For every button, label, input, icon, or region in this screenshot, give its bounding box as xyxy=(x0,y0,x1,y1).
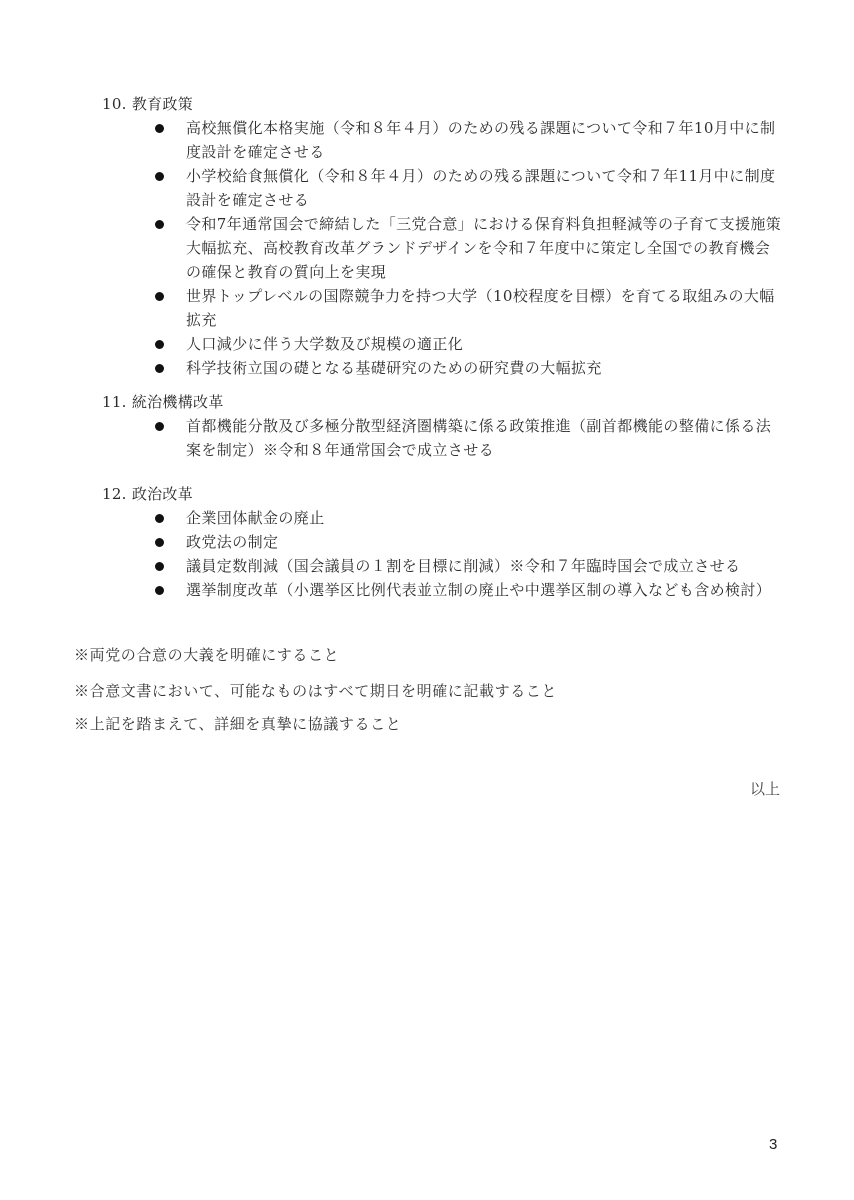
bullet-icon xyxy=(155,422,164,431)
bullet-icon xyxy=(155,538,164,547)
list-item: 人口減少に伴う大学数及び規模の適正化 xyxy=(102,332,782,356)
bullet-icon xyxy=(155,514,164,523)
bullet-icon xyxy=(155,124,164,133)
page-number: 3 xyxy=(769,1136,777,1153)
bullet-list: 首都機能分散及び多極分散型経済圏構築に係る政策推進（副首都機能の整備に係る法案を… xyxy=(102,414,782,462)
list-item: 世界トップレベルの国際競争力を持つ大学（10校程度を目標）を育てる取組みの大幅拡… xyxy=(102,284,782,332)
document-page: 10. 教育政策 高校無償化本格実施（令和８年４月）のための残る課題について令和… xyxy=(0,0,854,1200)
list-item: 選挙制度改革（小選挙区比例代表並立制の廃止や中選挙区制の導入なども含め検討） xyxy=(102,578,782,602)
section-political-reform: 12. 政治改革 企業団体献金の廃止 政党法の制定 議員定数削減（国会議員の１割… xyxy=(102,482,782,602)
bullet-list: 高校無償化本格実施（令和８年４月）のための残る課題について令和７年10月中に制度… xyxy=(102,116,782,380)
list-item: 政党法の制定 xyxy=(102,530,782,554)
list-item: 企業団体献金の廃止 xyxy=(102,506,782,530)
closing-text: 以上 xyxy=(750,778,780,799)
section-title: 11. 統治機構改革 xyxy=(102,390,782,414)
list-item: 小学校給食無償化（令和８年４月）のための残る課題について令和７年11月中に制度設… xyxy=(102,164,782,212)
bullet-icon xyxy=(155,172,164,181)
list-item: 令和7年通常国会で締結した「三党合意」における保育料負担軽減等の子育て支援施策大… xyxy=(102,212,782,284)
list-item: 首都機能分散及び多極分散型経済圏構築に係る政策推進（副首都機能の整備に係る法案を… xyxy=(102,414,782,462)
note-line: ※合意文書において、可能なものはすべて期日を明確に記載すること xyxy=(74,680,557,702)
bullet-icon xyxy=(155,292,164,301)
note-line: ※両党の合意の大義を明確にすること xyxy=(74,644,339,666)
bullet-icon xyxy=(155,340,164,349)
bullet-icon xyxy=(155,586,164,595)
list-item: 高校無償化本格実施（令和８年４月）のための残る課題について令和７年10月中に制度… xyxy=(102,116,782,164)
section-governance-reform: 11. 統治機構改革 首都機能分散及び多極分散型経済圏構築に係る政策推進（副首都… xyxy=(102,390,782,462)
section-title: 10. 教育政策 xyxy=(102,92,782,116)
list-item: 議員定数削減（国会議員の１割を目標に削減）※令和７年臨時国会で成立させる xyxy=(102,554,782,578)
list-item: 科学技術立国の礎となる基礎研究のための研究費の大幅拡充 xyxy=(102,356,782,380)
note-line: ※上記を踏まえて、詳細を真摯に協議すること xyxy=(74,713,401,735)
bullet-icon xyxy=(155,220,164,229)
bullet-list: 企業団体献金の廃止 政党法の制定 議員定数削減（国会議員の１割を目標に削減）※令… xyxy=(102,506,782,602)
bullet-icon xyxy=(155,562,164,571)
section-title: 12. 政治改革 xyxy=(102,482,782,506)
section-education-policy: 10. 教育政策 高校無償化本格実施（令和８年４月）のための残る課題について令和… xyxy=(102,92,782,380)
bullet-icon xyxy=(155,364,164,373)
